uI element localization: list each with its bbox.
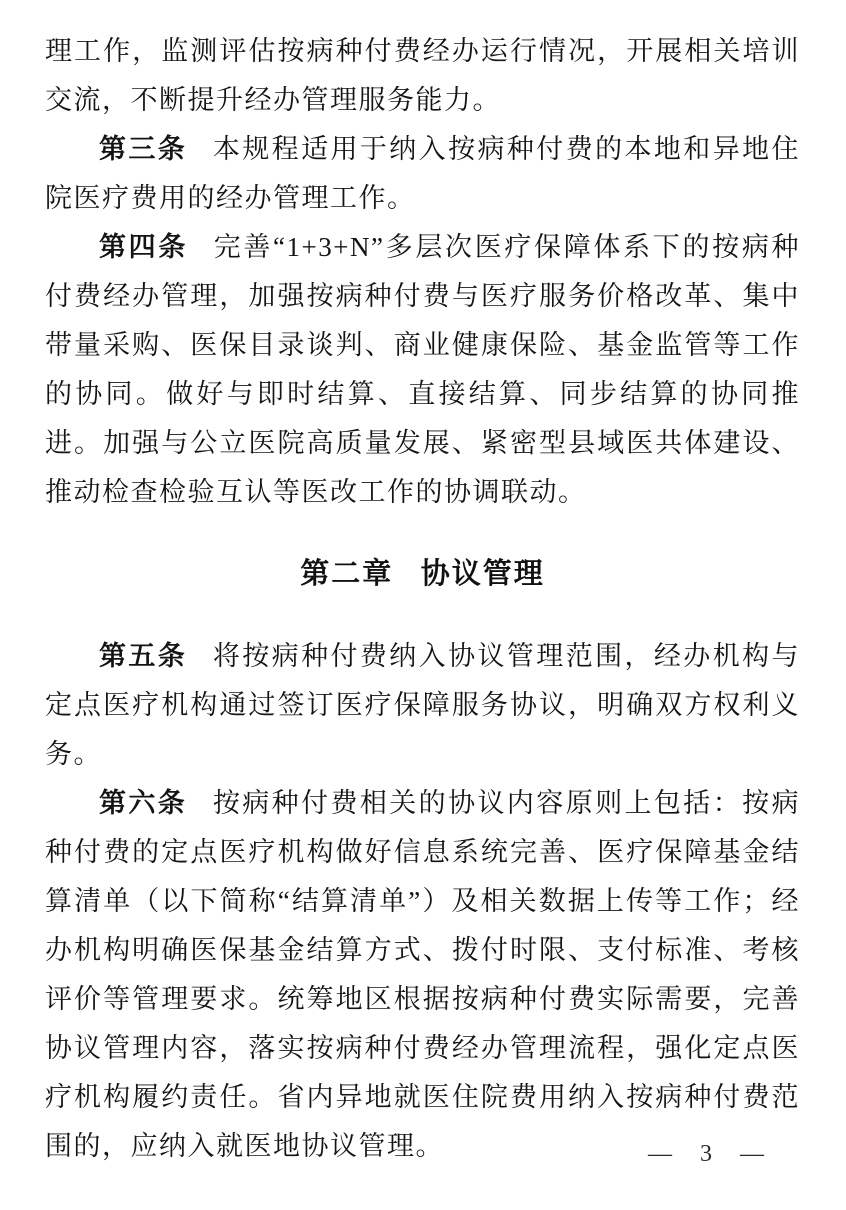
article-6-label: 第六条 xyxy=(99,788,187,818)
chapter-2-heading: 第二章协议管理 xyxy=(45,550,800,599)
article-6-text: 按病种付费相关的协议内容原则上包括：按病种付费的定点医疗机构做好信息系统完善、医… xyxy=(45,788,800,1161)
article-4-label: 第四条 xyxy=(99,232,188,262)
article-3-paragraph: 第三条本规程适用于纳入按病种付费的本地和异地住院医疗费用的经办管理工作。 xyxy=(45,125,800,223)
article-4-text: 完善“1+3+N”多层次医疗保障体系下的按病种付费经办管理，加强按病种付费与医疗… xyxy=(45,232,800,507)
article-5-paragraph: 第五条将按病种付费纳入协议管理范围，经办机构与定点医疗机构通过签订医疗保障服务协… xyxy=(45,632,800,779)
chapter-2-title: 协议管理 xyxy=(421,558,545,590)
article-6-paragraph: 第六条按病种付费相关的协议内容原则上包括：按病种付费的定点医疗机构做好信息系统完… xyxy=(45,779,800,1171)
article-4-paragraph: 第四条完善“1+3+N”多层次医疗保障体系下的按病种付费经办管理，加强按病种付费… xyxy=(45,223,800,517)
document-page: 理工作，监测评估按病种付费经办运行情况，开展相关培训交流，不断提升经办管理服务能… xyxy=(0,0,846,1210)
paragraph-continuation: 理工作，监测评估按病种付费经办运行情况，开展相关培训交流，不断提升经办管理服务能… xyxy=(45,27,800,125)
article-5-label: 第五条 xyxy=(99,641,187,671)
article-3-label: 第三条 xyxy=(99,134,187,164)
paragraph-continuation-text: 理工作，监测评估按病种付费经办运行情况，开展相关培训交流，不断提升经办管理服务能… xyxy=(45,36,800,115)
page-number: — 3 — xyxy=(648,1140,768,1168)
chapter-2-number: 第二章 xyxy=(300,558,393,590)
